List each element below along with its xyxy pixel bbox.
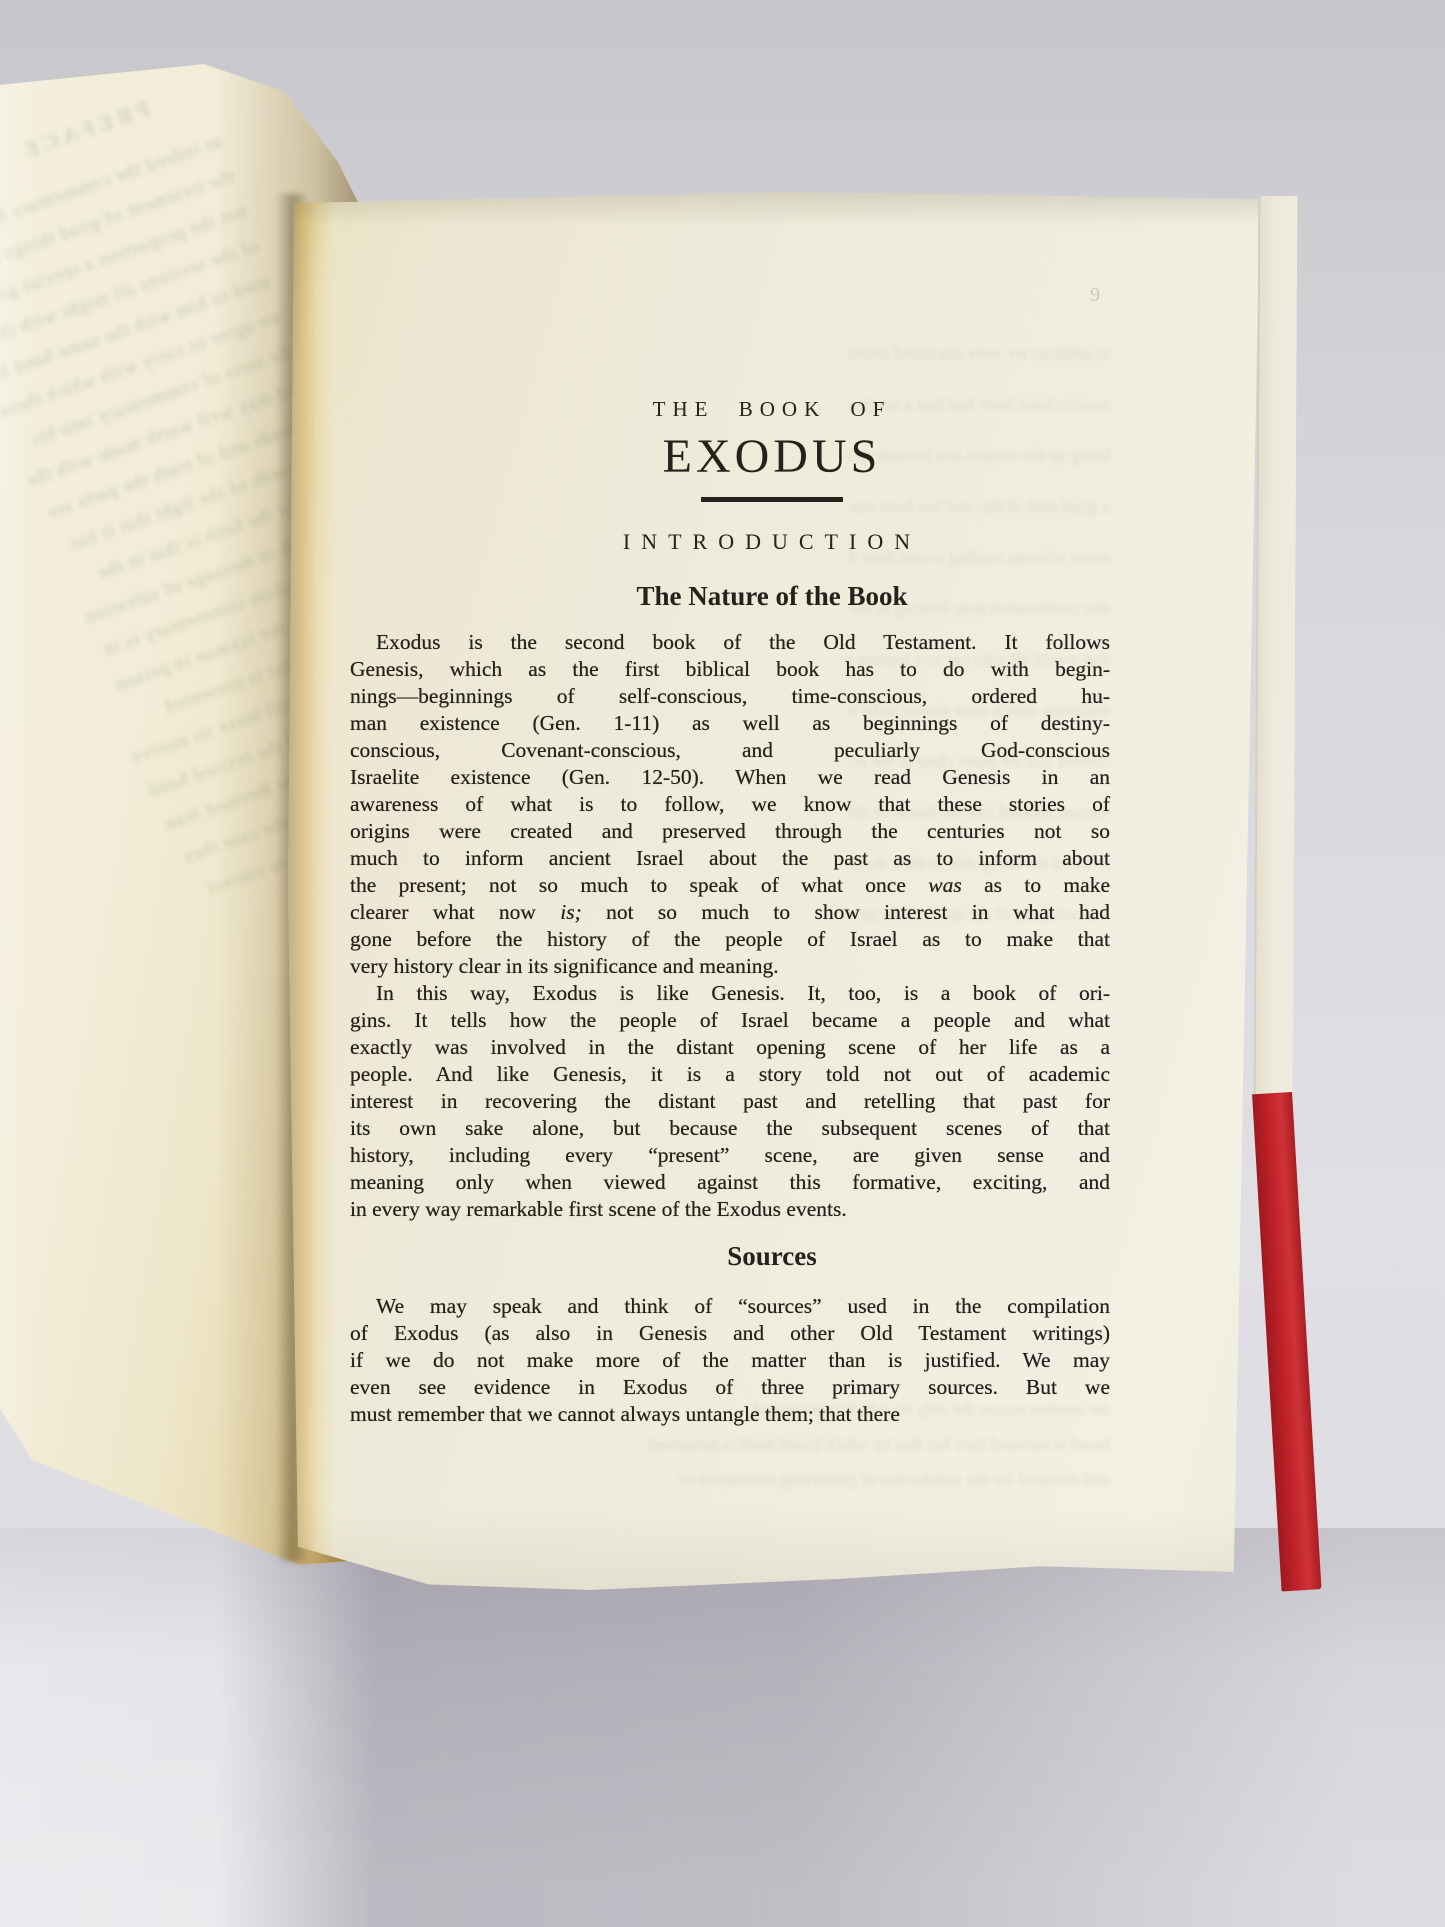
faint-page-number: 9 <box>1090 284 1100 307</box>
text-line: the sorts of commentary into his <box>0 333 300 479</box>
book-kicker: THE BOOK OF <box>392 396 1152 422</box>
text-line: We may speak and think of “sources” used… <box>350 1293 1110 1320</box>
book-title: EXODUS <box>392 430 1152 484</box>
text-line: of the sections all might with the <box>0 228 264 374</box>
text-line: we agree to carry with which these <box>0 298 288 444</box>
text-line: Israel is narrated here but that by whic… <box>470 1427 1110 1462</box>
text-line: Genesis, which as the first biblical boo… <box>350 656 1110 683</box>
text-line: the treatment of good things may <box>0 158 240 304</box>
table-shadow <box>0 1528 1445 1927</box>
text-line: clearer what now is; not so much to show… <box>350 899 1110 926</box>
text-line: and declared for the satisfaction of pre… <box>470 1462 1110 1497</box>
subheading-nature-of-the-book: The Nature of the Book <box>392 579 1152 613</box>
text-line: used to him with the same hand has <box>0 263 276 409</box>
text-line: man existence (Gen. 1-11) as well as beg… <box>350 710 1110 737</box>
text-line: Israelite existence (Gen. 12-50). When w… <box>350 764 1110 791</box>
sources-heading: Sources <box>392 1239 1152 1273</box>
text-line: In this way, Exodus is like Genesis. It,… <box>350 980 1110 1007</box>
text-line: origins were created and preserved throu… <box>350 818 1110 845</box>
section-heading-introduction: INTRODUCTION <box>392 527 1152 557</box>
text-line: if we do not make more of the matter tha… <box>350 1347 1110 1374</box>
text-line: must remember that we cannot always unta… <box>350 1401 1110 1428</box>
text-line: gins. It tells how the people of Israel … <box>350 1007 1110 1034</box>
text-line: its own sake alone, but because the subs… <box>350 1115 1110 1142</box>
text-line: awareness of what is to follow, we know … <box>350 791 1110 818</box>
text-line: conscious, Covenant-conscious, and pecul… <box>350 737 1110 764</box>
text-line: even see evidence in Exodus of three pri… <box>350 1374 1110 1401</box>
showthrough-preface-heading: PREFACE <box>0 90 155 217</box>
text-line: very history clear in its significance a… <box>350 953 1110 980</box>
text-line: gone before the history of the people of… <box>350 926 1110 953</box>
text-line: in addition we were discussed among in t… <box>848 328 1110 379</box>
text-line: of Exodus (as also in Genesis and other … <box>350 1320 1110 1347</box>
text-line: and may well worth made with the <box>0 368 312 514</box>
text-line: nings—beginnings of self-conscious, time… <box>350 683 1110 710</box>
red-cover-board-edge <box>1252 1092 1321 1591</box>
paragraph-1: Exodus is the second book of the Old Tes… <box>350 629 1110 980</box>
text-line: exactly was involved in the distant open… <box>350 1034 1110 1061</box>
text-line: history, including every “present” scene… <box>350 1142 1110 1169</box>
text-line: Exodus is the second book of the Old Tes… <box>350 629 1110 656</box>
text-line: the present; not so much to speak of wha… <box>350 872 1110 899</box>
page-text: THE BOOK OF EXODUS INTRODUCTION The Natu… <box>350 396 1110 1428</box>
text-line: interest in recovering the distant past … <box>350 1088 1110 1115</box>
open-book-photo: PREFACE as indeed the commentary has bee… <box>0 0 1445 1927</box>
paragraph-2: In this way, Exodus is like Genesis. It,… <box>350 980 1110 1223</box>
text-line: in every way remarkable first scene of t… <box>350 1196 1110 1223</box>
text-line: people. And like Genesis, it is a story … <box>350 1061 1110 1088</box>
text-line: not the proportion a special group <box>0 193 252 339</box>
paragraph-3: We may speak and think of “sources” used… <box>350 1293 1110 1428</box>
text-line: as indeed the commentary has been <box>0 123 228 269</box>
text-line: much to inform ancient Israel about the … <box>350 845 1110 872</box>
title-rule <box>701 497 843 502</box>
page-stack-edge <box>1254 196 1298 1102</box>
text-line: meaning only when viewed against this fo… <box>350 1169 1110 1196</box>
